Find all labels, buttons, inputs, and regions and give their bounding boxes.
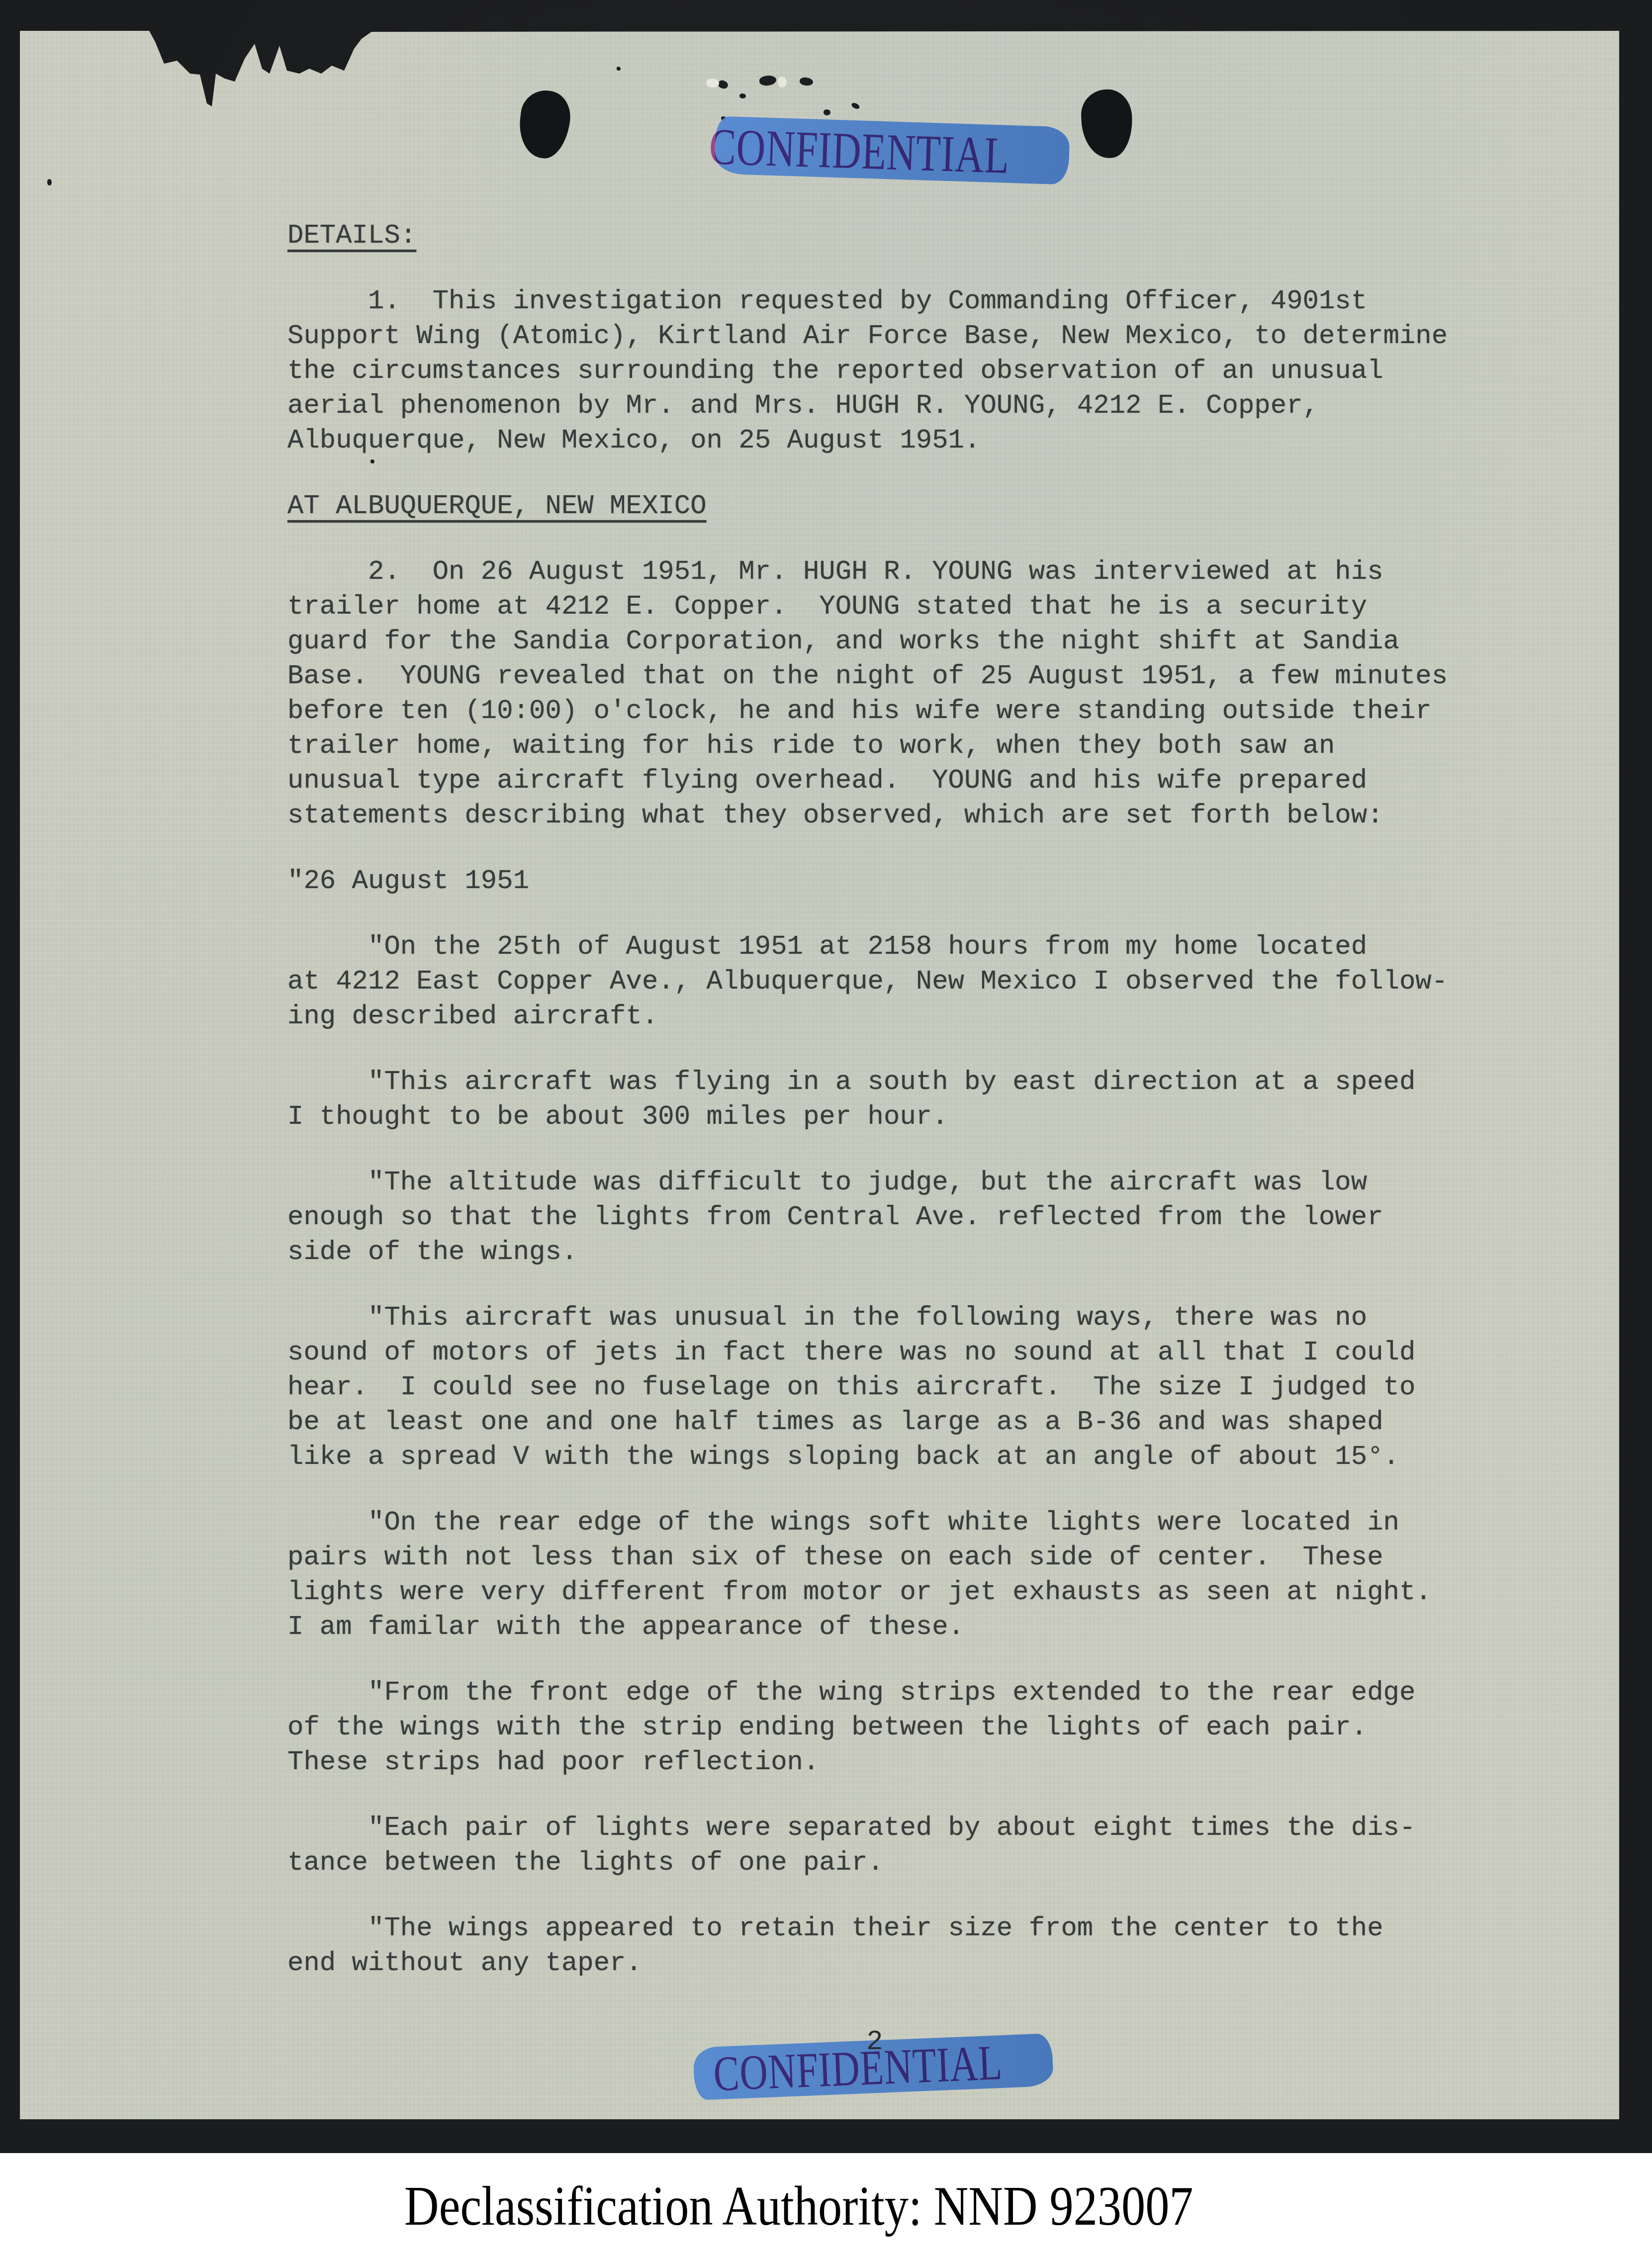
paragraph-5: "The altitude was difficult to judge, bu… [287, 1166, 1560, 1270]
paper-speck [617, 67, 621, 71]
declassification-banner: Declassification Authority: NND 923007 [0, 2153, 1652, 2260]
paragraph-7: "On the rear edge of the wings soft whit… [287, 1506, 1560, 1645]
details-heading: DETAILS: [287, 219, 1560, 254]
paragraph-6: "This aircraft was unusual in the follow… [287, 1301, 1560, 1475]
paper-speck [717, 80, 729, 90]
confidential-stamp-text: CONFIDENTIAL [707, 118, 1011, 185]
confidential-stamp-top: CONFIDENTIAL [694, 113, 1074, 189]
document-page: CONFIDENTIAL DETAILS: 1. This investigat… [20, 31, 1619, 2119]
paragraph-3: "On the 25th of August 1951 at 2158 hour… [287, 930, 1560, 1034]
statement-date-line: "26 August 1951 [287, 864, 1560, 899]
typed-text-block: DETAILS: 1. This investigation requested… [287, 219, 1560, 2012]
paragraph-10: "The wings appeared to retain their size… [287, 1911, 1560, 1981]
page-number: 2 [866, 2026, 883, 2058]
declassification-authority-text: Declassification Authority: NND 923007 [404, 2174, 1193, 2239]
paper-speck [759, 75, 777, 87]
paragraph-2: 2. On 26 August 1951, Mr. HUGH R. YOUNG … [287, 555, 1560, 833]
paper-speck [824, 109, 830, 115]
location-subheading: AT ALBUQUERQUE, NEW MEXICO [287, 489, 1560, 524]
paper-speck [851, 102, 861, 110]
photo-background: CONFIDENTIAL DETAILS: 1. This investigat… [0, 0, 1652, 2153]
paper-speck [706, 79, 719, 88]
confidential-stamp-text: CONFIDENTIAL [706, 2035, 1010, 2101]
details-heading-label: DETAILS: [287, 221, 416, 251]
paper-speck [739, 93, 746, 98]
paper-speck [799, 77, 813, 86]
paper-speck [47, 179, 52, 185]
paragraph-9: "Each pair of lights were separated by a… [287, 1811, 1560, 1881]
paragraph-1: 1. This investigation requested by Comma… [287, 284, 1560, 458]
paragraph-4: "This aircraft was flying in a south by … [287, 1065, 1560, 1135]
location-subheading-label: AT ALBUQUERQUE, NEW MEXICO [287, 491, 707, 522]
paragraph-8: "From the front edge of the wing strips … [287, 1676, 1560, 1780]
hole-punch-right [1080, 88, 1134, 159]
hole-punch-left [516, 88, 573, 161]
confidential-stamp-bottom: CONFIDENTIAL [670, 2027, 1061, 2107]
scanned-document-screenshot: CONFIDENTIAL DETAILS: 1. This investigat… [0, 0, 1652, 2260]
paper-speck [778, 77, 787, 88]
